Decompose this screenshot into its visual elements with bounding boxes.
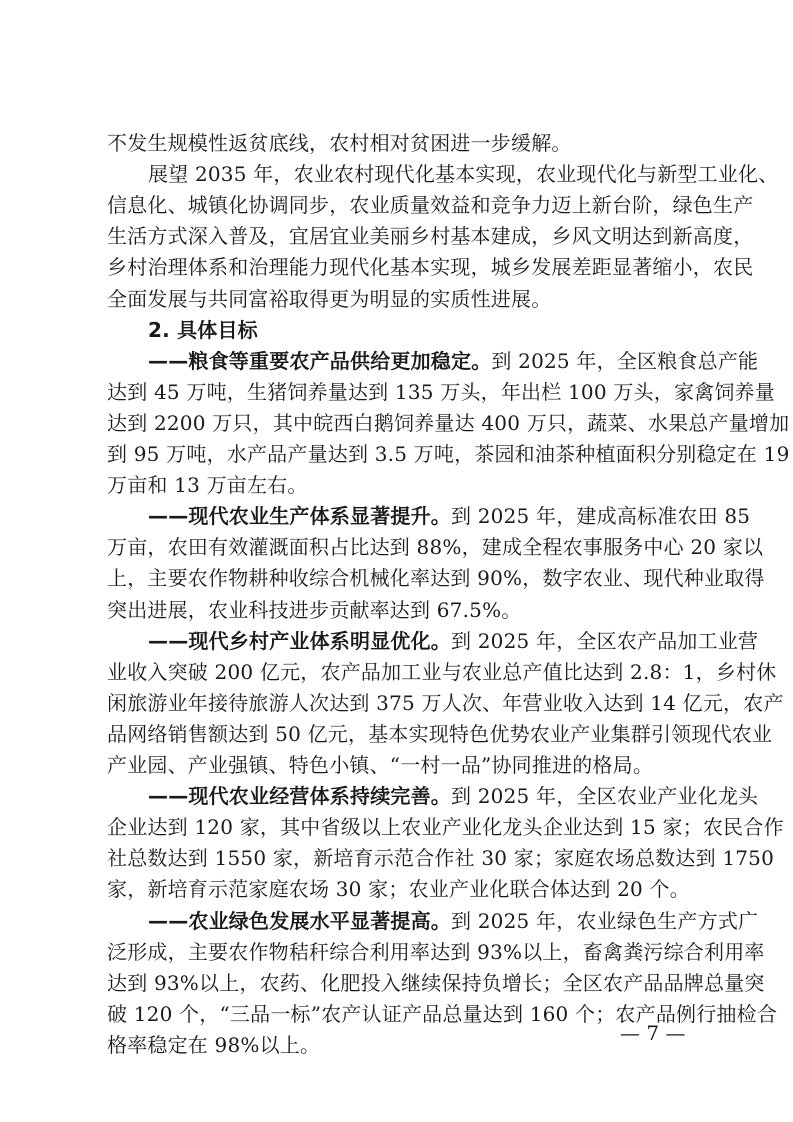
text-line: 乡村治理体系和治理能力现代化基本实现，城乡发展差距显著缩小，农民: [107, 252, 689, 283]
paragraph-lead-line: ——粮食等重要农产品供给更加稳定。到 2025 年，全区粮食总产能: [148, 346, 689, 377]
page-number: — 7 —: [620, 1018, 685, 1049]
line-text: 社总数达到 1550 家，新培育示范合作社 30 家；家庭农场总数达到 1750: [107, 846, 774, 870]
line-text: 产业园、产业强镇、特色小镇、“一村一品”协同推进的格局。: [107, 753, 653, 777]
paragraph-lead-line: 2. 具体目标: [148, 315, 689, 346]
text-line: 突出进展，农业科技进步贡献率达到 67.5%。: [107, 595, 689, 626]
line-text: 企业达到 120 家，其中省级以上农业产业化龙头企业达到 15 家；农民合作: [107, 815, 784, 839]
line-text: 达到 45 万吨，生猪饲养量达到 135 万头，年出栏 100 万头，家禽饲养量: [107, 380, 775, 404]
text-line: 闲旅游业年接待旅游人次达到 375 万人次、年营业收入达到 14 亿元，农产: [107, 688, 689, 719]
line-text: 展望 2035 年，农业农村现代化基本实现，农业现代化与新型工业化、: [148, 162, 778, 186]
text-line: 信息化、城镇化协调同步，农业质量效益和竞争力迈上新台阶，绿色生产: [107, 190, 689, 221]
document-page: 不发生规模性返贫底线，农村相对贫困进一步缓解。展望 2035 年，农业农村现代化…: [0, 0, 793, 1122]
text-line: 家，新培育示范家庭农场 30 家；农业产业化联合体达到 20 个。: [107, 874, 689, 905]
text-line: 企业达到 120 家，其中省级以上农业产业化龙头企业达到 15 家；农民合作: [107, 812, 689, 843]
text-line: 品网络销售额达到 50 亿元，基本实现特色优势农业产业集群引领现代农业: [107, 719, 689, 750]
line-text: 业收入突破 200 亿元，农产品加工业与农业总产值比达到 2.8：1，乡村休: [107, 660, 776, 684]
bold-heading: ——现代乡村产业体系明显优化。: [148, 629, 451, 653]
line-text: 家，新培育示范家庭农场 30 家；农业产业化联合体达到 20 个。: [107, 877, 690, 901]
text-line: 产业园、产业强镇、特色小镇、“一村一品”协同推进的格局。: [107, 750, 689, 781]
paragraph-lead-line: ——现代农业生产体系显著提升。到 2025 年，建成高标准农田 85: [148, 501, 689, 532]
text-line: 格率稳定在 98%以上。: [107, 1030, 689, 1061]
line-text: 品网络销售额达到 50 亿元，基本实现特色优势农业产业集群引领现代农业: [107, 722, 772, 746]
text-line: 达到 45 万吨，生猪饲养量达到 135 万头，年出栏 100 万头，家禽饲养量: [107, 377, 689, 408]
bold-heading: ——现代农业生产体系显著提升。: [148, 504, 451, 528]
line-text: 上，主要农作物耕种收综合机械化率达到 90%，数字农业、现代种业取得: [107, 566, 765, 590]
text-line: 泛形成，主要农作物秸秆综合利用率达到 93%以上，畜禽粪污综合利用率: [107, 937, 689, 968]
paragraph-lead-line: ——农业绿色发展水平显著提高。到 2025 年，农业绿色生产方式广: [148, 906, 689, 937]
paragraph-lead-line: ——现代乡村产业体系明显优化。到 2025 年，全区农产品加工业营: [148, 626, 689, 657]
text-line: 万亩和 13 万亩左右。: [107, 470, 689, 501]
bold-heading: 2. 具体目标: [148, 318, 258, 342]
line-text: 到 2025 年，建成高标准农田 85: [451, 504, 750, 528]
text-line: 到 95 万吨，水产品产量达到 3.5 万吨，茶园和油茶种植面积分别稳定在 19: [107, 439, 689, 470]
line-text: 生活方式深入普及，宜居宜业美丽乡村基本建成，乡风文明达到新高度，: [107, 224, 753, 248]
text-line: 达到 93%以上，农药、化肥投入继续保持负增长；全区农产品品牌总量突: [107, 968, 689, 999]
line-text: 到 2025 年，全区农业产业化龙头: [451, 784, 758, 808]
line-text: 泛形成，主要农作物秸秆综合利用率达到 93%以上，畜禽粪污综合利用率: [107, 940, 765, 964]
line-text: 全面发展与共同富裕取得更为明显的实质性进展。: [107, 287, 551, 311]
text-line: 展望 2035 年，农业农村现代化基本实现，农业现代化与新型工业化、: [148, 159, 689, 190]
text-line: 生活方式深入普及，宜居宜业美丽乡村基本建成，乡风文明达到新高度，: [107, 221, 689, 252]
line-text: 突出进展，农业科技进步贡献率达到 67.5%。: [107, 598, 522, 622]
line-text: 闲旅游业年接待旅游人次达到 375 万人次、年营业收入达到 14 亿元，农产: [107, 691, 784, 715]
text-line: 达到 2200 万只，其中皖西白鹅饲养量达 400 万只，蔬菜、水果总产量增加: [107, 408, 689, 439]
line-text: 乡村治理体系和治理能力现代化基本实现，城乡发展差距显著缩小，农民: [107, 255, 753, 279]
line-text: 万亩和 13 万亩左右。: [107, 473, 308, 497]
paragraph-lead-line: ——现代农业经营体系持续完善。到 2025 年，全区农业产业化龙头: [148, 781, 689, 812]
line-text: 不发生规模性返贫底线，农村相对贫困进一步缓解。: [107, 131, 572, 155]
text-line: 社总数达到 1550 家，新培育示范合作社 30 家；家庭农场总数达到 1750: [107, 843, 689, 874]
line-text: 格率稳定在 98%以上。: [107, 1033, 320, 1057]
line-text: 到 2025 年，全区农产品加工业营: [451, 629, 758, 653]
line-text: 到 2025 年，全区粮食总产能: [491, 349, 758, 373]
text-line: 上，主要农作物耕种收综合机械化率达到 90%，数字农业、现代种业取得: [107, 563, 689, 594]
text-line: 破 120 个，“三品一标”农产认证产品总量达到 160 个；农产品例行抽检合: [107, 999, 689, 1030]
text-line: 不发生规模性返贫底线，农村相对贫困进一步缓解。: [107, 128, 689, 159]
line-text: 万亩，农田有效灌溉面积占比达到 88%，建成全程农事服务中心 20 家以: [107, 535, 763, 559]
line-text: 信息化、城镇化协调同步，农业质量效益和竞争力迈上新台阶，绿色生产: [107, 193, 753, 217]
bold-heading: ——现代农业经营体系持续完善。: [148, 784, 451, 808]
line-text: 达到 93%以上，农药、化肥投入继续保持负增长；全区农产品品牌总量突: [107, 971, 765, 995]
line-text: 到 95 万吨，水产品产量达到 3.5 万吨，茶园和油茶种植面积分别稳定在 19: [107, 442, 790, 466]
text-line: 全面发展与共同富裕取得更为明显的实质性进展。: [107, 284, 689, 315]
text-line: 业收入突破 200 亿元，农产品加工业与农业总产值比达到 2.8：1，乡村休: [107, 657, 689, 688]
bold-heading: ——农业绿色发展水平显著提高。: [148, 909, 451, 933]
line-text: 达到 2200 万只，其中皖西白鹅饲养量达 400 万只，蔬菜、水果总产量增加: [107, 411, 789, 435]
text-line: 万亩，农田有效灌溉面积占比达到 88%，建成全程农事服务中心 20 家以: [107, 532, 689, 563]
line-text: 到 2025 年，农业绿色生产方式广: [451, 909, 758, 933]
bold-heading: ——粮食等重要农产品供给更加稳定。: [148, 349, 491, 373]
